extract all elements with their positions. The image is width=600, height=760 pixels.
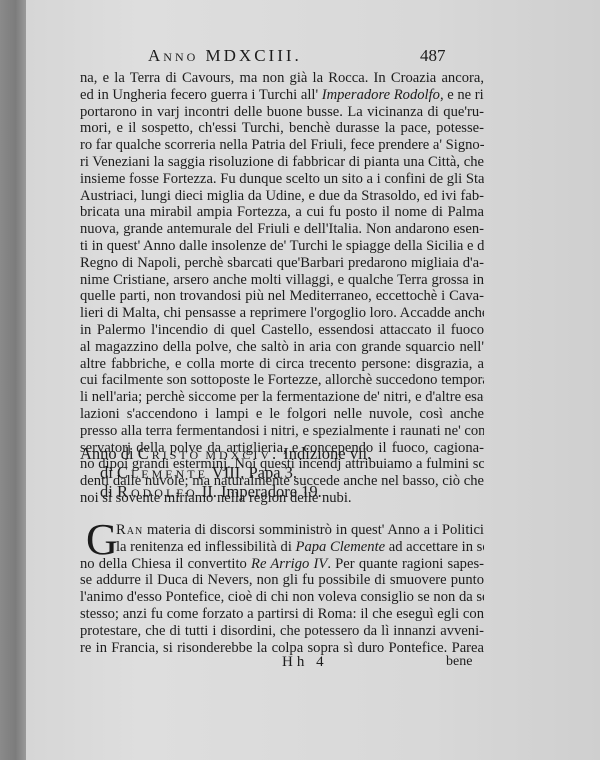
year-heading-line-3: di Rodolfo II. Imperadore 19. xyxy=(80,482,500,501)
text-line: al magazzino della polve, che saltò in a… xyxy=(80,339,484,356)
text-line: quelle parti, non trovandosi più nel Med… xyxy=(80,288,484,305)
heading-name-cristo: Cristo xyxy=(138,444,201,463)
text-line: insieme fosse Fortezza. Fu dunque scelto… xyxy=(80,171,484,188)
text-line: protestare, che di tutti i disordini, ch… xyxy=(80,623,484,640)
text-line: stesso; anzi fu come forzato a partirsi … xyxy=(80,606,484,623)
text-line: na, e la Terra di Cavours, ma non già la… xyxy=(80,70,484,87)
opening-word: Ran xyxy=(116,522,143,538)
paragraph-2: Ran materia di discorsi somministrò in q… xyxy=(80,522,484,656)
book-spine-shadow xyxy=(0,0,26,760)
text-line: ri Veneziani la saggia risoluzione di fa… xyxy=(80,154,484,171)
running-head: Anno MDXCIII. 487 xyxy=(26,46,600,68)
book-page: Anno MDXCIII. 487 na, e la Terra di Cavo… xyxy=(26,0,600,760)
text-line: altre fabbriche, e colla morte di circa … xyxy=(80,356,484,373)
text-line: bricata una mirabil ampia Fortezza, a cu… xyxy=(80,204,484,221)
text-line: nuova, grande antemurale del Friuli e de… xyxy=(80,221,484,238)
text-line: l'animo d'esso Pontefice, cioè di chi no… xyxy=(80,589,484,606)
year-heading: Anno di Cristo mdxciv. Indizione vii. di… xyxy=(80,444,500,501)
text-line: Ran materia di discorsi somministrò in q… xyxy=(80,522,484,539)
text-line: lieri di Malta, chi pensasse a reprimere… xyxy=(80,305,484,322)
page-number: 487 xyxy=(420,46,446,66)
text-line: lazioni s'accendono i lampi e le folgori… xyxy=(80,406,484,423)
text-line: li nell'aria; perchè siccome per la ferm… xyxy=(80,389,484,406)
text-line: se addurre il Duca di Nevers, non gli fu… xyxy=(80,572,484,589)
catchword: bene xyxy=(446,654,472,670)
heading-name-rodolfo: Rodolfo xyxy=(117,482,198,501)
text-line: mori, e il sospetto, ch'essi Turchi, ben… xyxy=(80,120,484,137)
page-footer: Hh 4 bene xyxy=(26,654,600,672)
paragraph-1: na, e la Terra di Cavours, ma non già la… xyxy=(80,70,484,507)
signature-mark: Hh 4 xyxy=(282,654,328,671)
running-head-title: Anno MDXCIII. xyxy=(148,46,302,66)
text-line: Austriaci, lungi dieci miglia da Udine, … xyxy=(80,188,484,205)
text-line: la renitenza ed inflessibilità di Papa C… xyxy=(80,539,484,556)
text-line: in Palermo l'incendio di quel Castello, … xyxy=(80,322,484,339)
text-line: Regno di Napoli, perchè sbarcati que'Bar… xyxy=(80,255,484,272)
text-line: ro far qualche scorreria nella Patria de… xyxy=(80,137,484,154)
year-heading-line-2: di Clemente VIII. Papa 3. xyxy=(80,463,500,482)
heading-name-clemente: Clemente xyxy=(117,463,208,482)
text-line: no della Chiesa il convertito Re Arrigo … xyxy=(80,556,484,573)
text-line: ed in Ungheria fecero guerra i Turchi al… xyxy=(80,87,484,104)
text-line: presso alla terra fermentandosi i nitri,… xyxy=(80,423,484,440)
text-line: ti in quest' Anno dalle insolenze de' Tu… xyxy=(80,238,484,255)
text-line: cui facilmente son sottoposte le Fortezz… xyxy=(80,372,484,389)
year-heading-line-1: Anno di Cristo mdxciv. Indizione vii. xyxy=(80,444,500,463)
text-line: nime Cristiane, arsero anche molti villa… xyxy=(80,272,484,289)
text-line: portarono in varj incontri delle buone b… xyxy=(80,104,484,121)
heading-year: mdxciv. xyxy=(205,444,279,463)
